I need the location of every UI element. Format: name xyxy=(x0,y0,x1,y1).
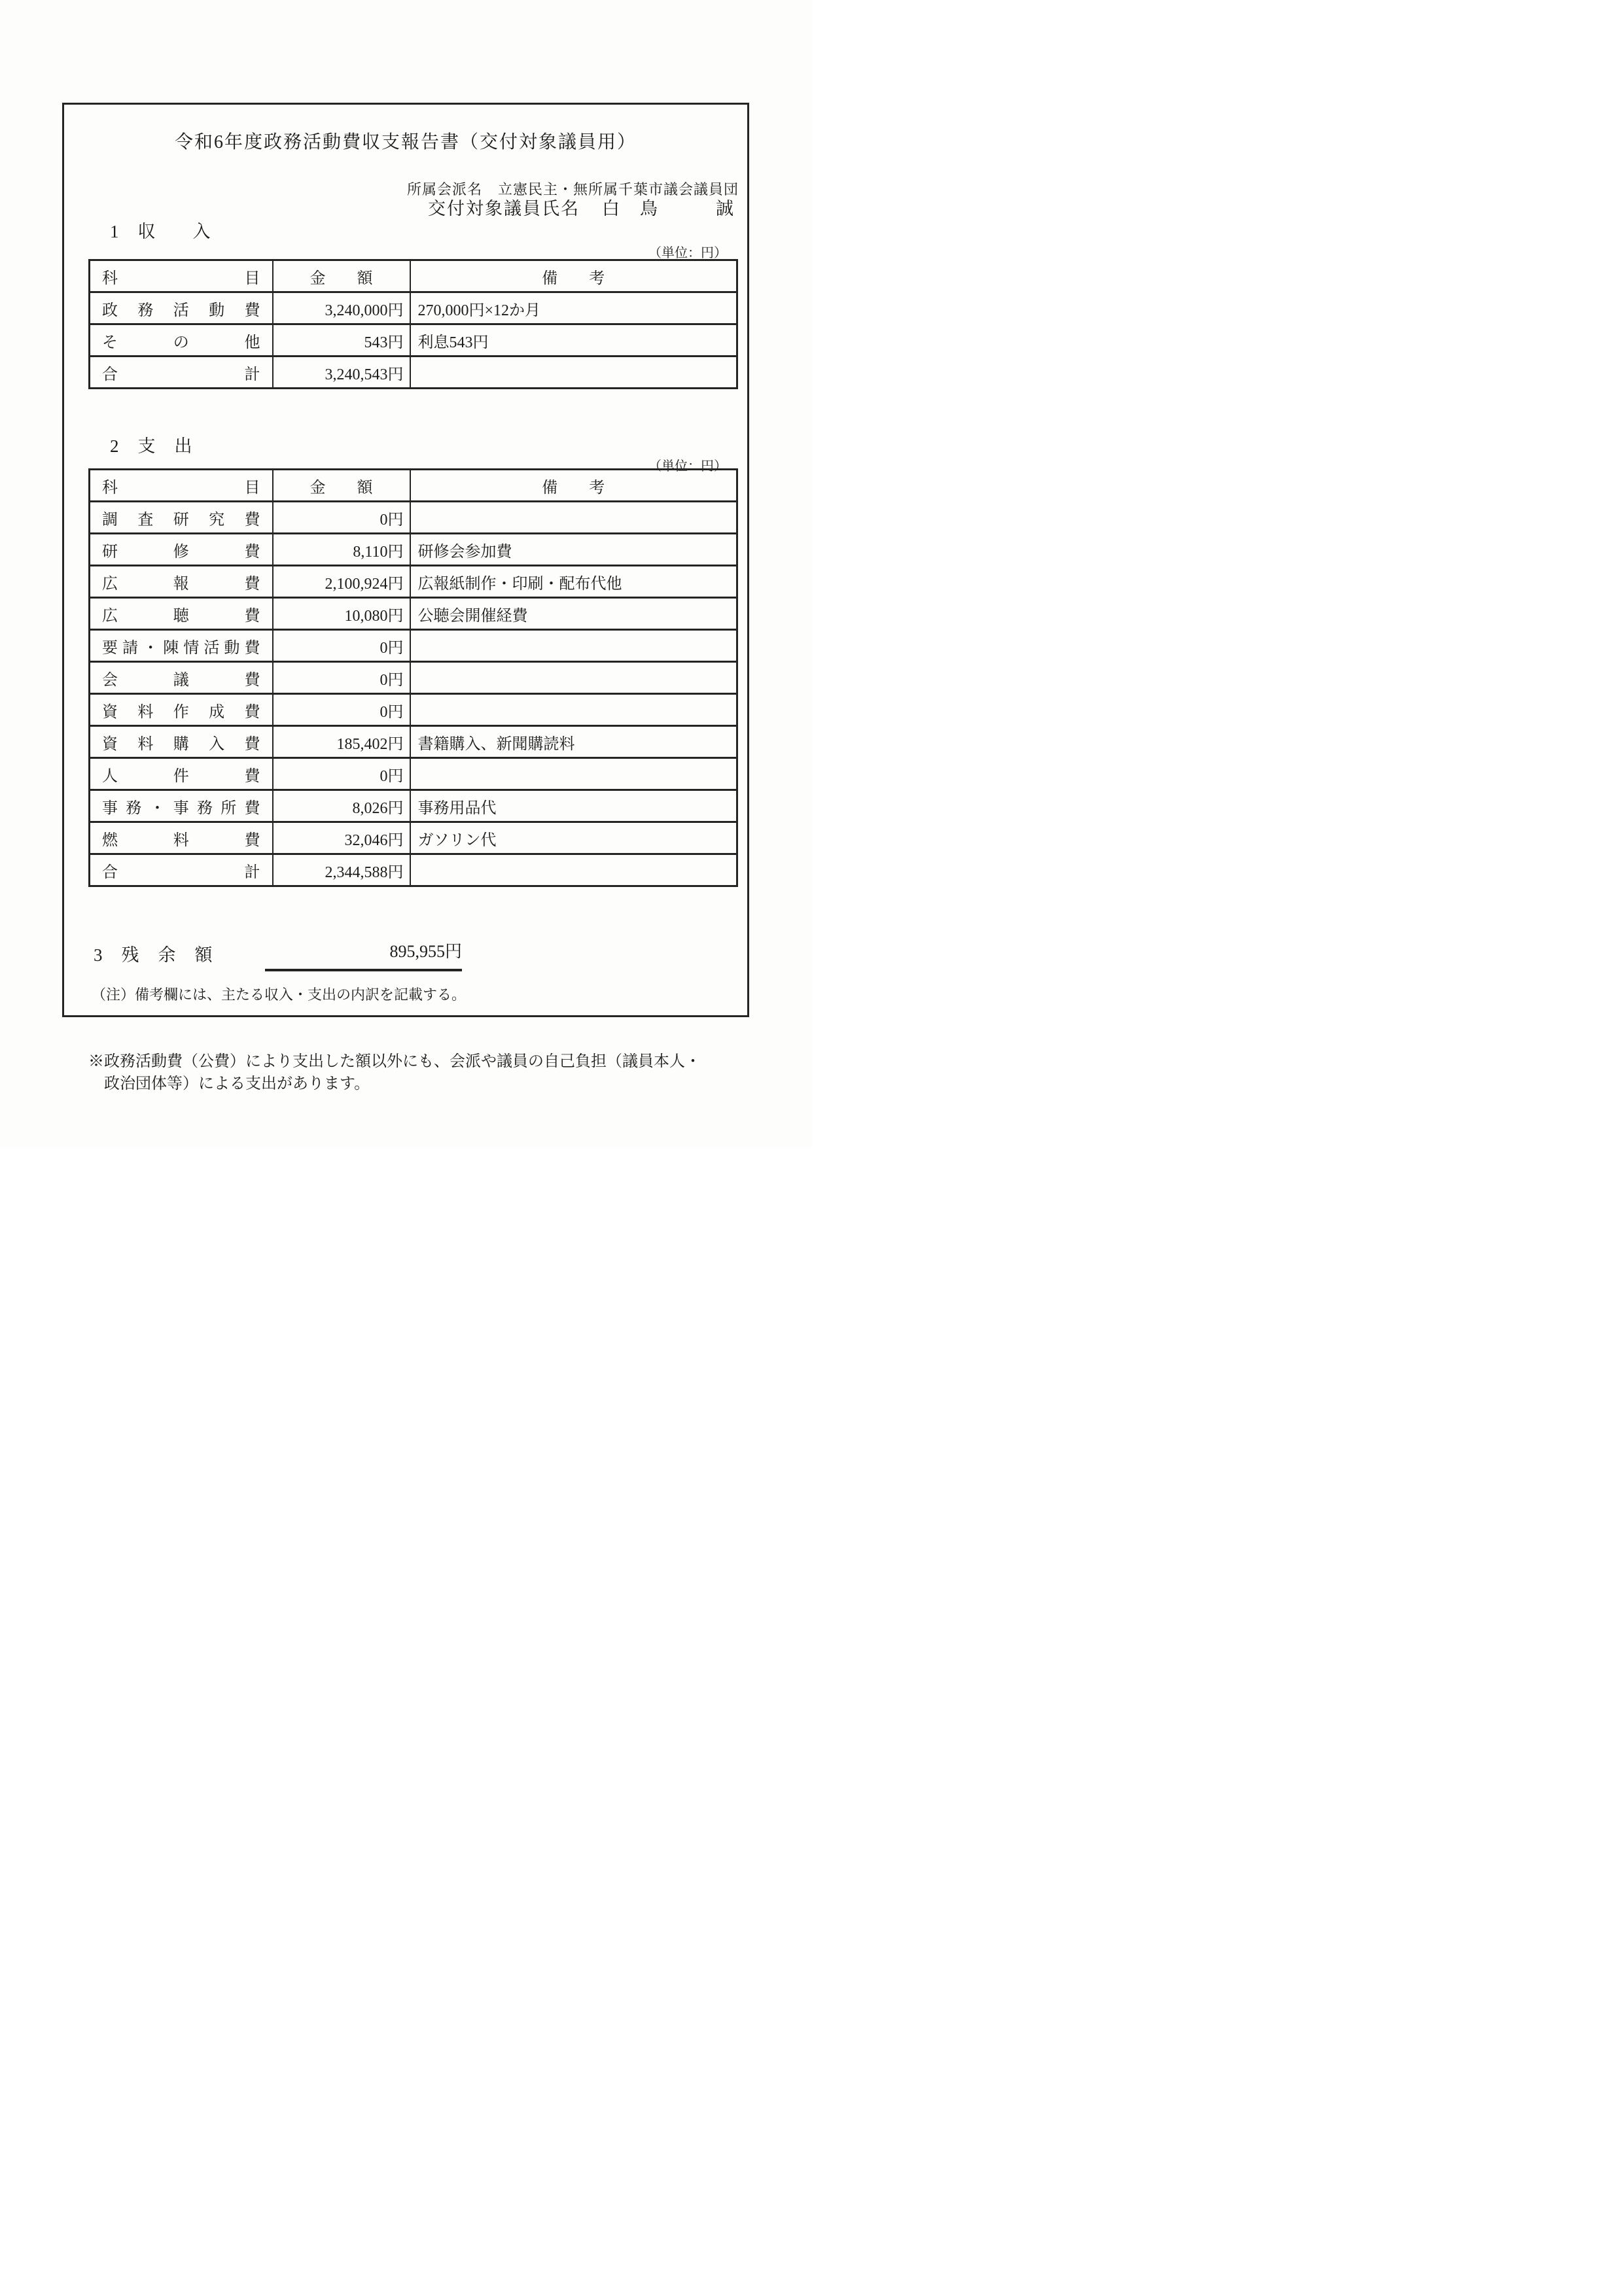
note-cell xyxy=(410,694,737,726)
amount-cell: 8,110円 xyxy=(273,534,410,566)
item-cell: 要請・陳情活動費 xyxy=(90,630,273,662)
income-header-note: 備 考 xyxy=(410,260,737,292)
note-cell xyxy=(410,758,737,790)
note-cell xyxy=(410,854,737,886)
note-cell: 利息543円 xyxy=(410,324,737,357)
table-row: 広報費 2,100,924円 広報紙制作・印刷・配布代他 xyxy=(90,566,737,598)
table-row: 要請・陳情活動費 0円 xyxy=(90,630,737,662)
table-row: 調査研究費 0円 xyxy=(90,502,737,534)
expense-table: 科目 金 額 備 考 調査研究費 0円 研修費 8,110円 研修会参加費 広報… xyxy=(88,468,738,887)
member-label: 交付対象議員氏名 xyxy=(428,194,580,220)
income-table: 科目 金 額 備 考 政務活動費 3,240,000円 270,000円×12か… xyxy=(88,259,738,389)
table-row: 広聴費 10,080円 公聴会開催経費 xyxy=(90,598,737,630)
income-header-item: 科目 xyxy=(90,260,273,292)
note-cell xyxy=(410,502,737,534)
item-cell: 広聴費 xyxy=(90,598,273,630)
note-cell: 公聴会開催経費 xyxy=(410,598,737,630)
amount-cell: 0円 xyxy=(273,630,410,662)
income-section-heading: 1 収 入 xyxy=(110,217,211,243)
income-unit-note: （単位：円） xyxy=(648,242,727,261)
table-row: その他 543円 利息543円 xyxy=(90,324,737,357)
note-cell: ガソリン代 xyxy=(410,822,737,854)
item-cell: 調査研究費 xyxy=(90,502,273,534)
note-cell xyxy=(410,630,737,662)
item-cell: 政務活動費 xyxy=(90,292,273,324)
income-header-row: 科目 金 額 備 考 xyxy=(90,260,737,292)
expense-header-amount: 金 額 xyxy=(273,470,410,502)
amount-cell: 0円 xyxy=(273,662,410,694)
table-row: 政務活動費 3,240,000円 270,000円×12か月 xyxy=(90,292,737,324)
table-row: 合計 2,344,588円 xyxy=(90,854,737,886)
table-row: 事務・事務所費 8,026円 事務用品代 xyxy=(90,790,737,822)
remainder-amount: 895,955円 xyxy=(265,938,462,971)
note-cell xyxy=(410,662,737,694)
amount-cell: 2,100,924円 xyxy=(273,566,410,598)
outside-note-line2: 政治団体等）による支出があります。 xyxy=(88,1073,701,1095)
note-cell: 研修会参加費 xyxy=(410,534,737,566)
expense-header-row: 科目 金 額 備 考 xyxy=(90,470,737,502)
member-value: 白 鳥 誠 xyxy=(602,194,735,220)
remainder-heading: 3 残 余 額 xyxy=(94,941,213,966)
income-header-amount: 金 額 xyxy=(273,260,410,292)
outside-note: ※政務活動費（公費）により支出した額以外にも、会派や議員の自己負担（議員本人・ … xyxy=(88,1051,701,1095)
note-cell: 270,000円×12か月 xyxy=(410,292,737,324)
amount-cell: 2,344,588円 xyxy=(273,854,410,886)
item-cell: 資料購入費 xyxy=(90,726,273,758)
item-cell: 研修費 xyxy=(90,534,273,566)
expense-header-note: 備 考 xyxy=(410,470,737,502)
item-cell: 燃料費 xyxy=(90,822,273,854)
amount-cell: 0円 xyxy=(273,694,410,726)
note-cell: 事務用品代 xyxy=(410,790,737,822)
item-cell: 合計 xyxy=(90,357,273,389)
note-cell xyxy=(410,357,737,389)
amount-cell: 3,240,543円 xyxy=(273,357,410,389)
table-row: 研修費 8,110円 研修会参加費 xyxy=(90,534,737,566)
member-name-line: 交付対象議員氏名 白 鳥 誠 xyxy=(428,194,735,220)
table-row: 燃料費 32,046円 ガソリン代 xyxy=(90,822,737,854)
item-cell: 事務・事務所費 xyxy=(90,790,273,822)
table-row: 資料作成費 0円 xyxy=(90,694,737,726)
remarks-footnote: （注）備考欄には、主たる収入・支出の内訳を記載する。 xyxy=(92,984,466,1004)
table-row: 会議費 0円 xyxy=(90,662,737,694)
note-cell: 書籍購入、新聞購読料 xyxy=(410,726,737,758)
amount-cell: 185,402円 xyxy=(273,726,410,758)
table-row: 合計 3,240,543円 xyxy=(90,357,737,389)
outside-note-line1: ※政務活動費（公費）により支出した額以外にも、会派や議員の自己負担（議員本人・ xyxy=(88,1051,701,1073)
report-page: 令和6年度政務活動費収支報告書（交付対象議員用） 所属会派名 立憲民主・無所属千… xyxy=(0,0,812,1148)
item-cell: 資料作成費 xyxy=(90,694,273,726)
item-cell: 会議費 xyxy=(90,662,273,694)
item-cell: 広報費 xyxy=(90,566,273,598)
item-cell: 合計 xyxy=(90,854,273,886)
note-cell: 広報紙制作・印刷・配布代他 xyxy=(410,566,737,598)
page-title: 令和6年度政務活動費収支報告書（交付対象議員用） xyxy=(62,128,749,154)
item-cell: 人件費 xyxy=(90,758,273,790)
amount-cell: 3,240,000円 xyxy=(273,292,410,324)
amount-cell: 0円 xyxy=(273,758,410,790)
expense-section-heading: 2 支 出 xyxy=(110,432,193,457)
expense-header-item: 科目 xyxy=(90,470,273,502)
amount-cell: 8,026円 xyxy=(273,790,410,822)
amount-cell: 543円 xyxy=(273,324,410,357)
item-cell: その他 xyxy=(90,324,273,357)
table-row: 資料購入費 185,402円 書籍購入、新聞購読料 xyxy=(90,726,737,758)
amount-cell: 32,046円 xyxy=(273,822,410,854)
amount-cell: 10,080円 xyxy=(273,598,410,630)
amount-cell: 0円 xyxy=(273,502,410,534)
table-row: 人件費 0円 xyxy=(90,758,737,790)
